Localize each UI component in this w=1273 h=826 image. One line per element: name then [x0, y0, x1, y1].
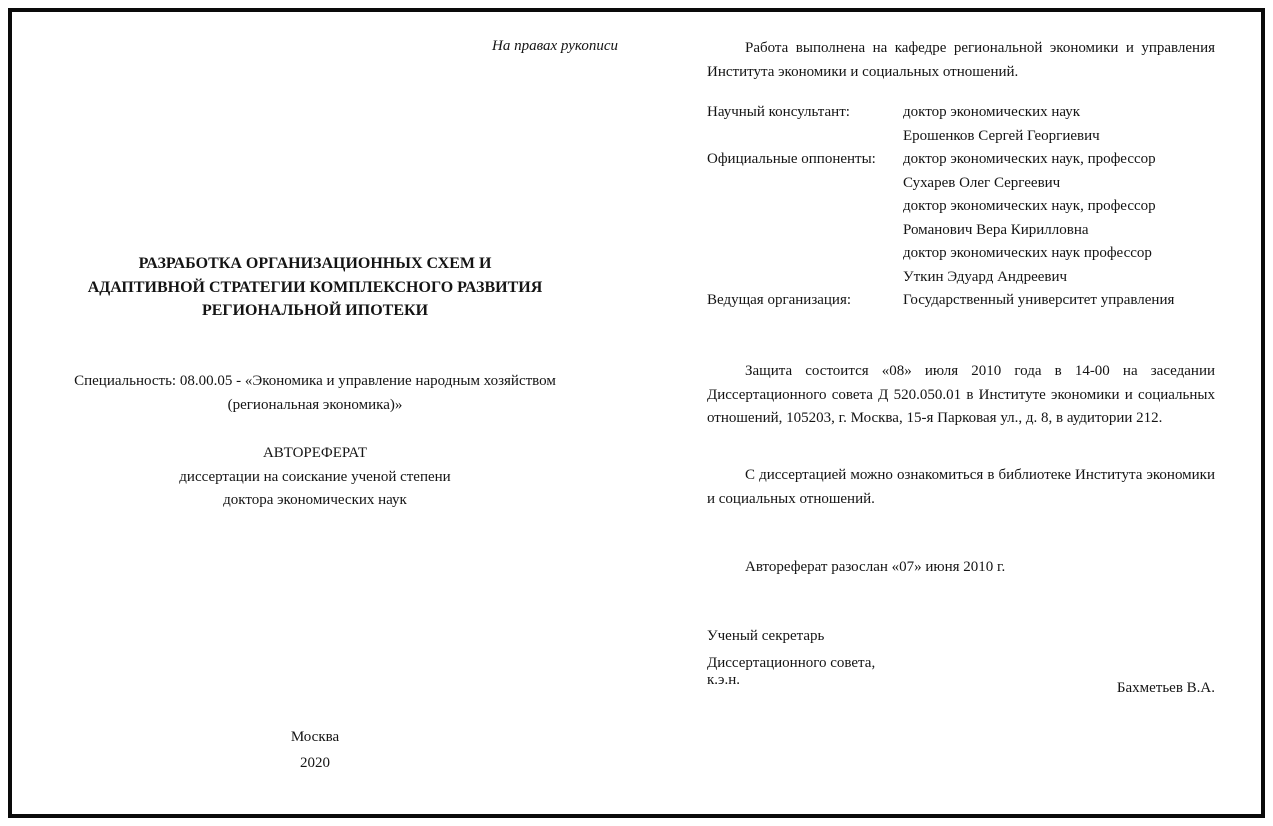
city: Москва [12, 725, 618, 751]
committee-row: Научный консультант: доктор экономически… [707, 101, 1215, 125]
committee-row-value: Романович Вера Кирилловна [903, 219, 1215, 243]
committee-row-label: Научный консультант: [707, 101, 903, 125]
committee-row: Ерошенков Сергей Георгиевич [707, 125, 1215, 149]
abstract-subtitle-2: доктора экономических наук [12, 489, 618, 513]
committee-row-value: доктор экономических наук [903, 101, 1215, 125]
committee-row: доктор экономических наук профессор [707, 242, 1215, 266]
committee-table: Научный консультант: доктор экономически… [707, 101, 1215, 313]
dissertation-title-line-1: РАЗРАБОТКА ОРГАНИЗАЦИОННЫХ СХЕМ И [12, 252, 618, 276]
defense-paragraph: Защита состоится «08» июля 2010 года в 1… [707, 360, 1215, 431]
dissertation-title-line-3: РЕГИОНАЛЬНОЙ ИПОТЕКИ [12, 299, 618, 323]
specialty: Специальность: 08.00.05 - «Экономика и у… [12, 370, 618, 417]
committee-row-value: доктор экономических наук профессор [903, 242, 1215, 266]
mailed-line: Автореферат разослан «07» июня 2010 г. [707, 556, 1215, 580]
committee-row-value: Ерошенков Сергей Георгиевич [903, 125, 1215, 149]
secretary-title-line: Ученый секретарь [707, 628, 1215, 645]
committee-row: доктор экономических наук, профессор [707, 195, 1215, 219]
committee-row-value: Государственный университет управления [903, 289, 1215, 313]
abstract-block: АВТОРЕФЕРАТ диссертации на соискание уче… [12, 442, 618, 513]
committee-row-label [707, 219, 903, 243]
prepared-at-paragraph: Работа выполнена на кафедре региональной… [707, 37, 1215, 84]
imprint: Москва 2020 [12, 725, 618, 776]
committee-row: Уткин Эдуард Андреевич [707, 266, 1215, 290]
dissertation-title: РАЗРАБОТКА ОРГАНИЗАЦИОННЫХ СХЕМ И АДАПТИ… [12, 252, 618, 323]
secretary-council-line: Диссертационного совета, [707, 655, 1215, 672]
library-paragraph: С диссертацией можно ознакомиться в библ… [707, 464, 1215, 511]
committee-row-label [707, 266, 903, 290]
committee-row-value: доктор экономических наук, профессор [903, 148, 1215, 172]
committee-row-label [707, 195, 903, 219]
committee-row: Романович Вера Кирилловна [707, 219, 1215, 243]
committee-row-value: Уткин Эдуард Андреевич [903, 266, 1215, 290]
committee-row-label: Официальные оппоненты: [707, 148, 903, 172]
committee-row: Ведущая организация: Государственный уни… [707, 289, 1215, 313]
specialty-line-1: Специальность: 08.00.05 - «Экономика и у… [12, 370, 618, 394]
document-page: На правах рукописи РАЗРАБОТКА ОРГАНИЗАЦИ… [8, 8, 1265, 818]
secretary-name: Бахметьев В.А. [707, 680, 1215, 697]
committee-row-value: доктор экономических наук, профессор [903, 195, 1215, 219]
committee-row-label [707, 125, 903, 149]
specialty-line-2: (региональная экономика)» [12, 394, 618, 418]
committee-row-label [707, 172, 903, 196]
dissertation-title-line-2: АДАПТИВНОЙ СТРАТЕГИИ КОМПЛЕКСНОГО РАЗВИТ… [12, 276, 618, 300]
year: 2020 [12, 751, 618, 777]
committee-row: Сухарев Олег Сергеевич [707, 172, 1215, 196]
committee-row-value: Сухарев Олег Сергеевич [903, 172, 1215, 196]
abstract-subtitle-1: диссертации на соискание ученой степени [12, 466, 618, 490]
manuscript-note: На правах рукописи [12, 38, 659, 55]
committee-row: Официальные оппоненты: доктор экономичес… [707, 148, 1215, 172]
committee-row-label: Ведущая организация: [707, 289, 903, 313]
abstract-heading: АВТОРЕФЕРАТ [12, 442, 618, 466]
committee-row-label [707, 242, 903, 266]
